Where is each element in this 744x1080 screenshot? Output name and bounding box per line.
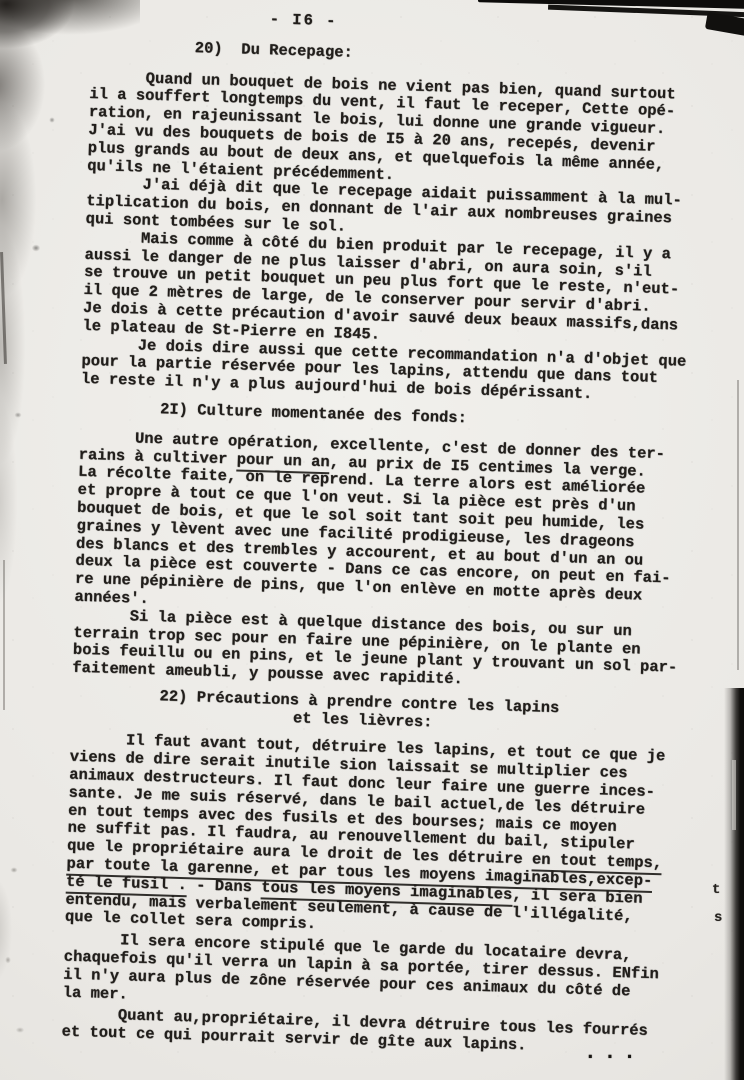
scan-artifact-bottom-left-speckle: [0, 840, 70, 1080]
scanned-document-page: - I6 - 20) Du Recepage: Quand un bouquet…: [0, 0, 744, 1080]
paragraph-culture-rest: La récolte faite, on le reprend. La terr…: [74, 464, 728, 626]
footer-dots: ...: [584, 1042, 643, 1065]
page-number: - I6 -: [269, 11, 741, 43]
scan-artifact-right-edge-gap: [732, 760, 736, 830]
text-segment: - Dans: [187, 876, 262, 896]
paragraph-lapins-first: Il faut avant tout, détruire les lapins,…: [67, 731, 720, 857]
paragraph-recepage-1: Quand un bouquet de bois ne vient pas bi…: [87, 69, 740, 195]
section-heading-21: 2I) Culture momentanée des fonds:: [160, 401, 730, 436]
scan-artifact-left-line-lower: [3, 560, 5, 710]
edge-mark-letter-t: t: [712, 882, 720, 898]
scan-artifact-right-thin-line: [737, 380, 739, 670]
scan-artifact-left-line-upper: [0, 252, 7, 364]
typed-text-block: - I6 - 20) Du Recepage: Quand un bouquet…: [61, 6, 741, 1061]
edge-mark-letter-s: s: [714, 910, 722, 926]
paragraph-recepage-3: Mais comme à côté du bien produit par le…: [82, 229, 735, 355]
scan-artifact-right-edge-band: [724, 688, 744, 1080]
section-heading-20: 20) Du Recepage:: [195, 40, 741, 74]
